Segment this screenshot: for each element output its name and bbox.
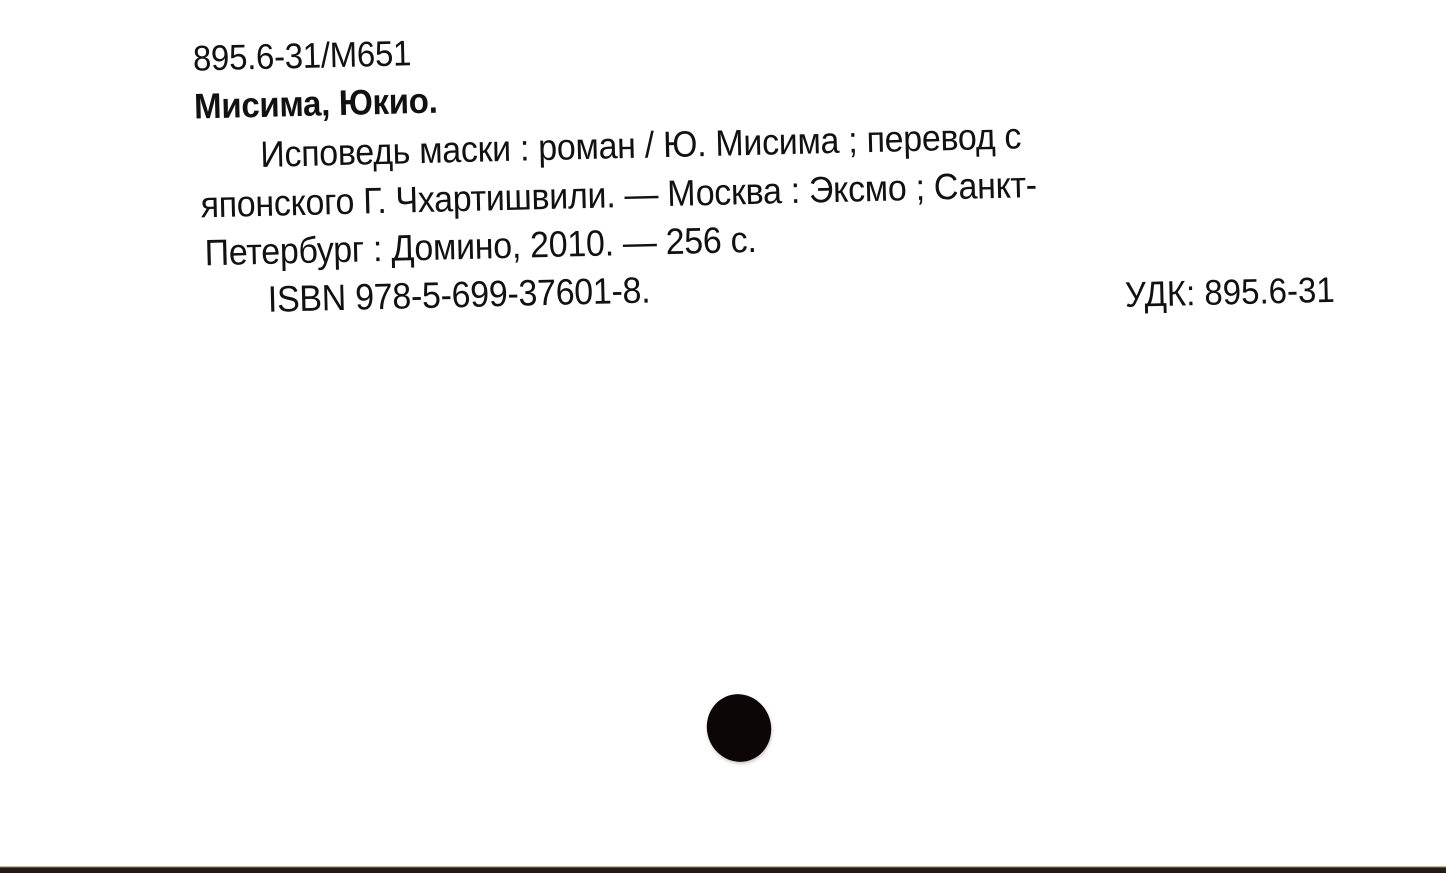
scanner-edge [0, 866, 1446, 873]
shelfmark: 895.6-31/M651 [192, 33, 411, 79]
author-heading: Мисима, Юкио. [194, 80, 438, 127]
publication-line-2: Петербург : Домино, 2010. — 256 с. [204, 219, 757, 275]
isbn: ISBN 978-5-699-37601-8. [267, 270, 650, 321]
catalog-card: 895.6-31/M651 Мисима, Юкио. Исповедь мас… [0, 0, 1446, 866]
udk-code: УДК: 895.6-31 [1125, 269, 1336, 315]
